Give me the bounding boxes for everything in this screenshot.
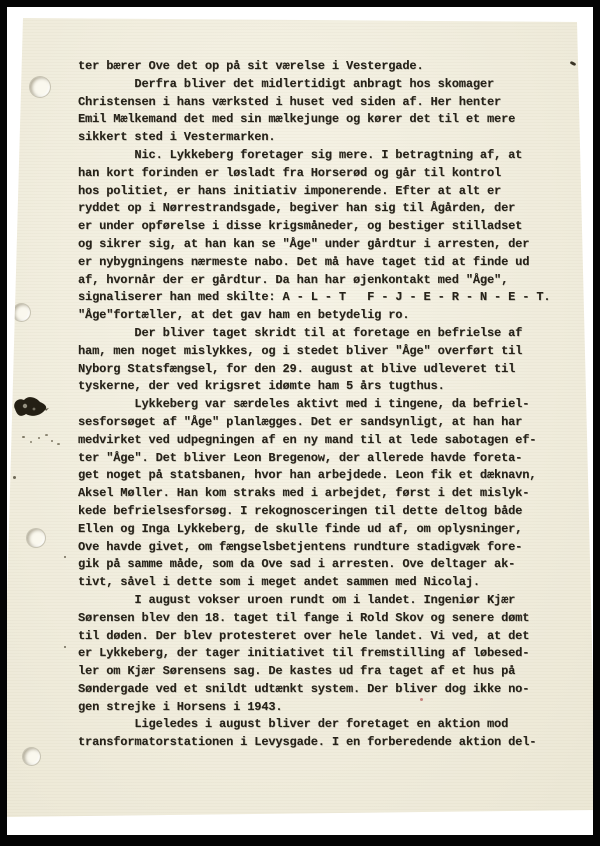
- speckle: [22, 436, 25, 438]
- speckle: [57, 443, 60, 445]
- hole-punch: [29, 76, 51, 98]
- corner-tick: [570, 61, 577, 66]
- speckle: [64, 556, 66, 558]
- ink-smudge-icon: [12, 394, 50, 426]
- typewritten-text: ter bærer Ove det op på sit værelse i Ve…: [78, 58, 550, 752]
- hole-punch: [12, 303, 31, 322]
- speckle: [30, 441, 32, 443]
- hole-punch: [26, 528, 46, 548]
- speckle: [64, 646, 66, 648]
- speckle: [51, 440, 53, 442]
- hole-punch: [22, 747, 41, 766]
- speckle: [38, 437, 40, 439]
- scanned-document-view: ter bærer Ove det op på sit værelse i Ve…: [0, 0, 600, 846]
- speckle: [45, 434, 48, 436]
- scanned-page: ter bærer Ove det op på sit værelse i Ve…: [0, 0, 600, 846]
- speckle: [13, 476, 16, 479]
